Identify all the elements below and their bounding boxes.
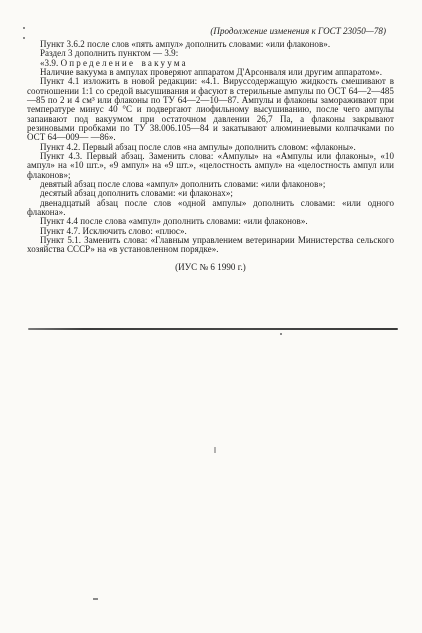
end-of-text-rule bbox=[28, 328, 398, 330]
para-punkt-4-1: Пункт 4.1 изложить в новой редакции: «4.… bbox=[27, 77, 394, 142]
scan-artifact bbox=[214, 447, 216, 453]
scan-artifact bbox=[93, 598, 98, 600]
para-punkt-4-3: Пункт 4.3. Первый абзац. Заменить слова:… bbox=[27, 152, 394, 180]
scan-artifact bbox=[280, 333, 282, 335]
document-page: (Продолжение изменения к ГОСТ 23050—78) … bbox=[0, 0, 422, 633]
para-dvenadcatyi-abzac: двенадцатый абзац после слов «одной ампу… bbox=[27, 199, 394, 218]
para-punkt-5-1: Пункт 5.1. Заменить слова: «Главным упра… bbox=[27, 236, 394, 255]
page-text-column: (Продолжение изменения к ГОСТ 23050—78) … bbox=[27, 27, 394, 272]
ius-issue-note: (ИУС № 6 1990 г.) bbox=[27, 263, 394, 272]
scan-artifact bbox=[23, 27, 25, 29]
continuation-note: (Продолжение изменения к ГОСТ 23050—78) bbox=[27, 27, 394, 36]
